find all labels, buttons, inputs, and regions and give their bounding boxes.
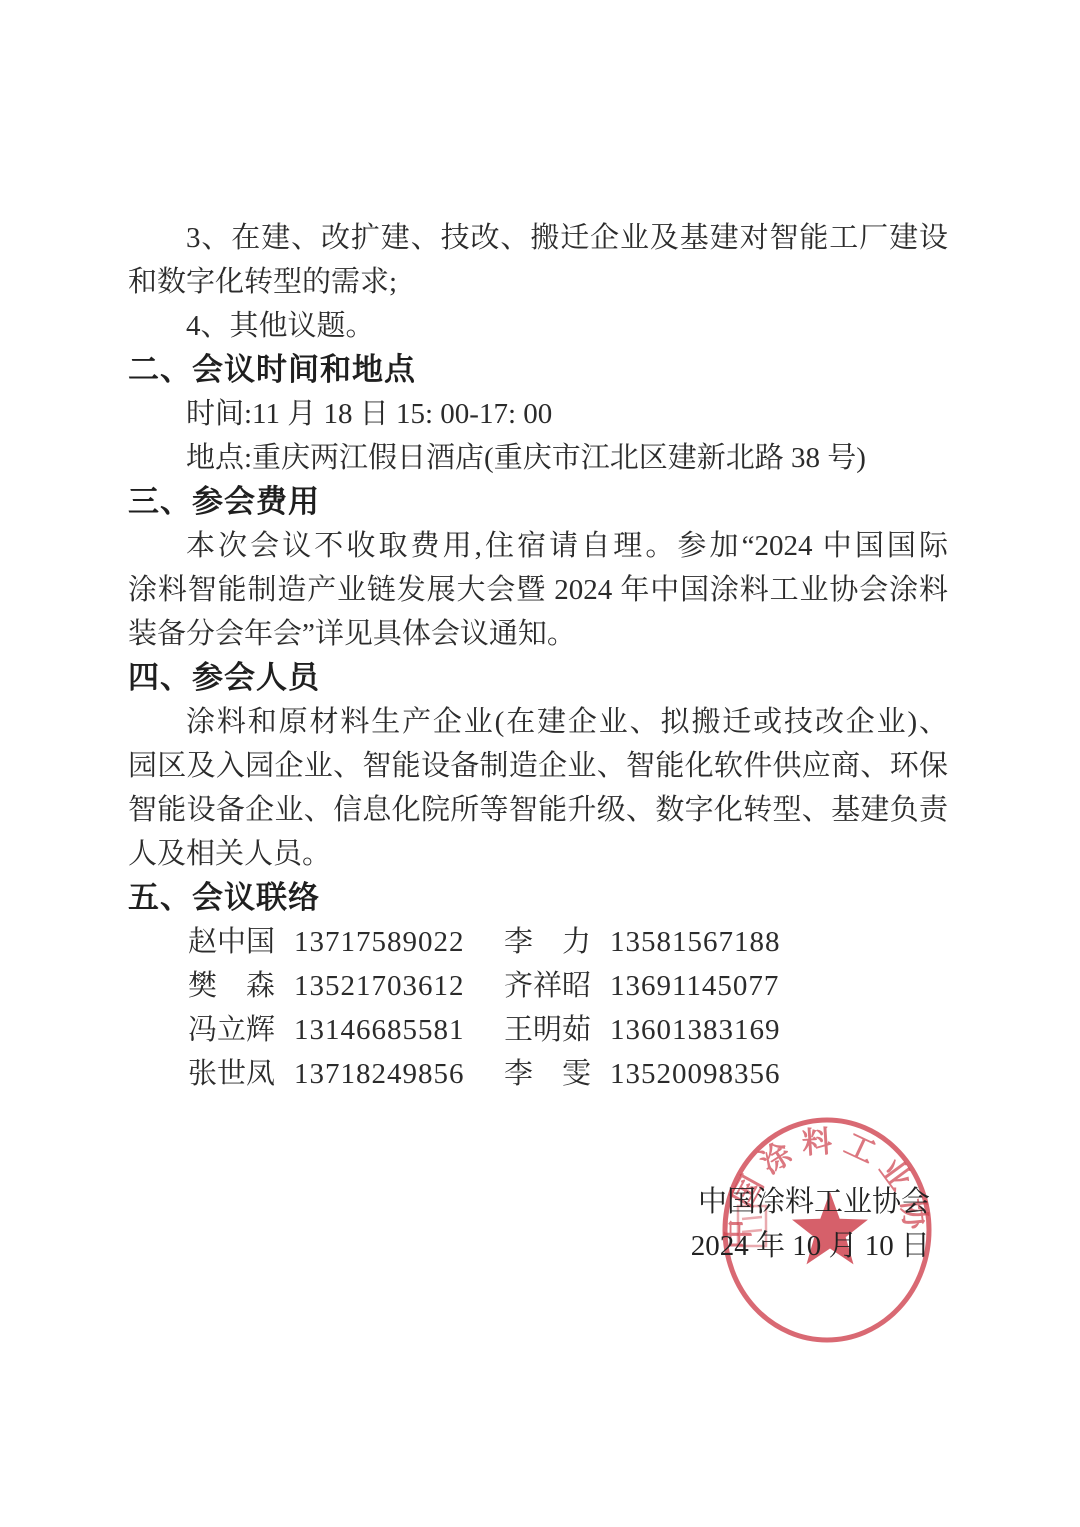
contact-phone: 13717589022 (294, 920, 504, 964)
contact-name: 王明茹 (504, 1008, 610, 1052)
contact-row: 樊 森13521703612齐祥昭13691145077 (128, 964, 948, 1008)
contact-name: 李 雯 (504, 1052, 610, 1096)
text-line: 人及相关人员。 (128, 832, 948, 876)
section-heading: 五、会议联络 (128, 876, 948, 920)
text-line: 装备分会年会”详见具体会议通知。 (128, 612, 948, 656)
contact-phone: 13146685581 (294, 1008, 504, 1052)
text-line: 时间:11 月 18 日 15: 00-17: 00 (128, 392, 948, 436)
text-line: 园区及入园企业、智能设备制造企业、智能化软件供应商、环保 (128, 744, 948, 788)
contact-name: 李 力 (504, 920, 610, 964)
contact-phone: 13691145077 (610, 964, 779, 1008)
contact-name: 冯立辉 (188, 1008, 294, 1052)
text-line: 4、其他议题。 (128, 304, 948, 348)
section-heading: 四、参会人员 (128, 656, 948, 700)
text-line: 和数字化转型的需求; (128, 260, 948, 304)
contact-phone: 13601383169 (610, 1008, 781, 1052)
text-line: 3、在建、改扩建、技改、搬迁企业及基建对智能工厂建设 (128, 216, 948, 260)
contact-list: 赵中国13717589022李 力13581567188樊 森135217036… (128, 920, 948, 1096)
contact-name: 樊 森 (188, 964, 294, 1008)
text-line: 涂料智能制造产业链发展大会暨 2024 年中国涂料工业协会涂料 (128, 568, 948, 612)
contact-row: 张世凤13718249856李 雯13520098356 (128, 1052, 948, 1096)
paragraph-lines: 3、在建、改扩建、技改、搬迁企业及基建对智能工厂建设和数字化转型的需求;4、其他… (128, 216, 948, 920)
contact-row: 赵中国13717589022李 力13581567188 (128, 920, 948, 964)
text-line: 地点:重庆两江假日酒店(重庆市江北区建新北路 38 号) (128, 436, 948, 480)
text-line: 本次会议不收取费用,住宿请自理。参加“2024 中国国际 (128, 524, 948, 568)
contact-phone: 13520098356 (610, 1052, 781, 1096)
section-heading: 三、参会费用 (128, 480, 948, 524)
issue-date: 2024 年 10 月 10 日 (128, 1224, 930, 1268)
text-line: 智能设备企业、信息化院所等智能升级、数字化转型、基建负责 (128, 788, 948, 832)
contact-name: 齐祥昭 (504, 964, 610, 1008)
section-heading: 二、会议时间和地点 (128, 348, 948, 392)
contact-phone: 13521703612 (294, 964, 504, 1008)
signoff-block: 中国涂料工业协会 2024 年 10 月 10 日 (128, 1180, 948, 1268)
contact-name: 张世凤 (188, 1052, 294, 1096)
notice-body: 3、在建、改扩建、技改、搬迁企业及基建对智能工厂建设和数字化转型的需求;4、其他… (128, 216, 948, 1268)
contact-phone: 13581567188 (610, 920, 781, 964)
text-line: 涂料和原材料生产企业(在建企业、拟搬迁或技改企业)、 (128, 700, 948, 744)
contact-name: 赵中国 (188, 920, 294, 964)
org-name: 中国涂料工业协会 (128, 1180, 930, 1224)
contact-row: 冯立辉13146685581王明茹13601383169 (128, 1008, 948, 1052)
contact-phone: 13718249856 (294, 1052, 504, 1096)
